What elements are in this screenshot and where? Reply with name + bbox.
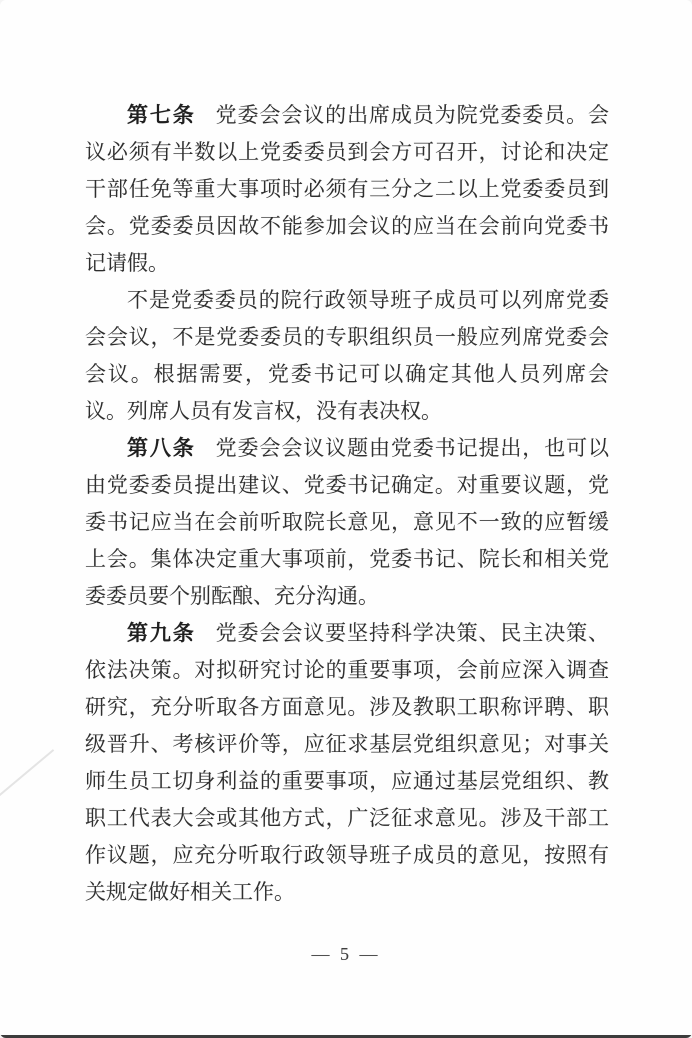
article-paragraph: 第九条党委会会议要坚持科学决策、民主决策、依法决策。对拟研究讨论的重要事项，会前… xyxy=(85,615,609,911)
article-paragraph-text: 不是党委委员的院行政领导班子成员可以列席党委会会议，不是党委委员的专职组织员一般… xyxy=(85,288,609,423)
article-paragraph-text: 党委会会议的出席成员为院党委委员。会议必须有半数以上党委委员到会方可召开，讨论和… xyxy=(85,103,609,275)
article-number-heading: 第七条 xyxy=(127,104,196,127)
article-paragraph: 第八条党委会会议议题由党委书记提出，也可以由党委委员提出建议、党委书记确定。对重… xyxy=(85,430,609,615)
article-paragraph: 不是党委委员的院行政领导班子成员可以列席党委会会议，不是党委委员的专职组织员一般… xyxy=(85,282,609,430)
article-paragraph-text: 党委会会议要坚持科学决策、民主决策、依法决策。对拟研究讨论的重要事项，会前应深入… xyxy=(85,621,609,904)
page-number: — 5 — xyxy=(0,944,692,965)
article-paragraph-text: 党委会会议议题由党委书记提出，也可以由党委委员提出建议、党委书记确定。对重要议题… xyxy=(85,436,609,608)
article-number-heading: 第九条 xyxy=(127,622,196,645)
article-paragraph: 第七条党委会会议的出席成员为院党委委员。会议必须有半数以上党委委员到会方可召开，… xyxy=(85,97,609,282)
scan-crease-artifact xyxy=(0,749,54,797)
article-number-heading: 第八条 xyxy=(127,437,196,460)
document-body-text: 第七条党委会会议的出席成员为院党委委员。会议必须有半数以上党委委员到会方可召开，… xyxy=(85,97,609,911)
scanned-document-page: 第七条党委会会议的出席成员为院党委委员。会议必须有半数以上党委委员到会方可召开，… xyxy=(0,0,692,1038)
